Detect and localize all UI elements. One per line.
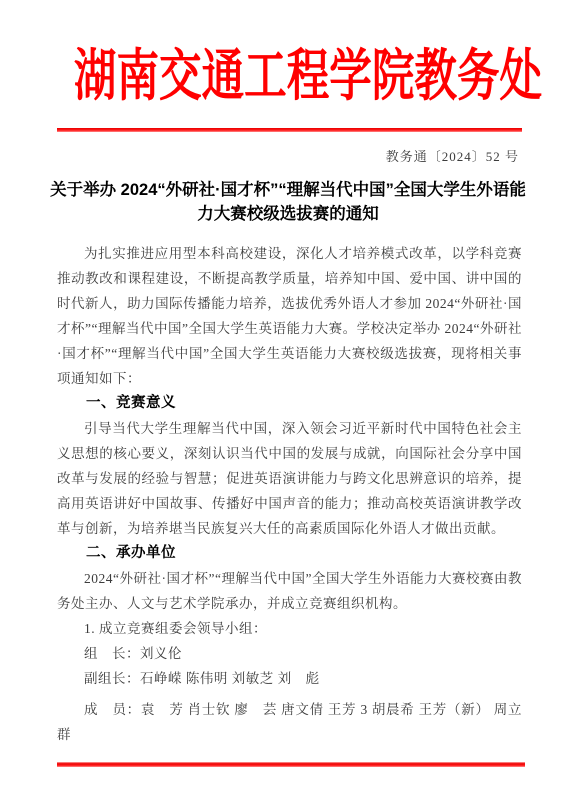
letterhead: 湖南交通工程学院教务处 — [0, 40, 576, 120]
paragraph-group-leader: 组 长：刘义伦 — [57, 641, 522, 666]
document-page: 湖南交通工程学院教务处 教务通〔2024〕52 号 关于举办 2024“外研社·… — [0, 0, 576, 788]
footer-rule — [57, 762, 525, 767]
letterhead-title: 湖南交通工程学院教务处 — [74, 40, 542, 112]
paragraph-intro: 为扎实推进应用型本科高校建设，深化人才培养模式改革，以学科竞赛推动教改和课程建设… — [57, 241, 522, 391]
section-heading-competition-significance: 一、竞赛意义 — [57, 391, 522, 416]
document-body: 为扎实推进应用型本科高校建设，深化人才培养模式改革，以学科竞赛推动教改和课程建设… — [57, 241, 522, 747]
letterhead-rule — [57, 128, 522, 132]
paragraph-significance: 引导当代大学生理解当代中国，深入领会习近平新时代中国特色社会主义思想的核心要义，… — [57, 416, 522, 541]
paragraph-members: 成 员：袁 芳 肖士钦 廖 芸 唐文倩 王芳 3 胡晨希 王芳（新） 周立群 — [57, 697, 522, 747]
notice-title: 关于举办 2024“外研社·国才杯”“理解当代中国”全国大学生外语能力大赛校级选… — [50, 178, 526, 226]
paragraph-committee-intro: 1. 成立竞赛组委会领导小组： — [57, 616, 522, 641]
paragraph-organizer: 2024“外研社·国才杯”“理解当代中国”全国大学生外语能力大赛校赛由教务处主办… — [57, 566, 522, 616]
paragraph-deputy-leaders: 副组长：石峥嵘 陈伟明 刘敏芝 刘 彪 — [57, 666, 522, 691]
section-heading-organizer: 二、承办单位 — [57, 541, 522, 566]
doc-number: 教务通〔2024〕52 号 — [386, 146, 519, 165]
